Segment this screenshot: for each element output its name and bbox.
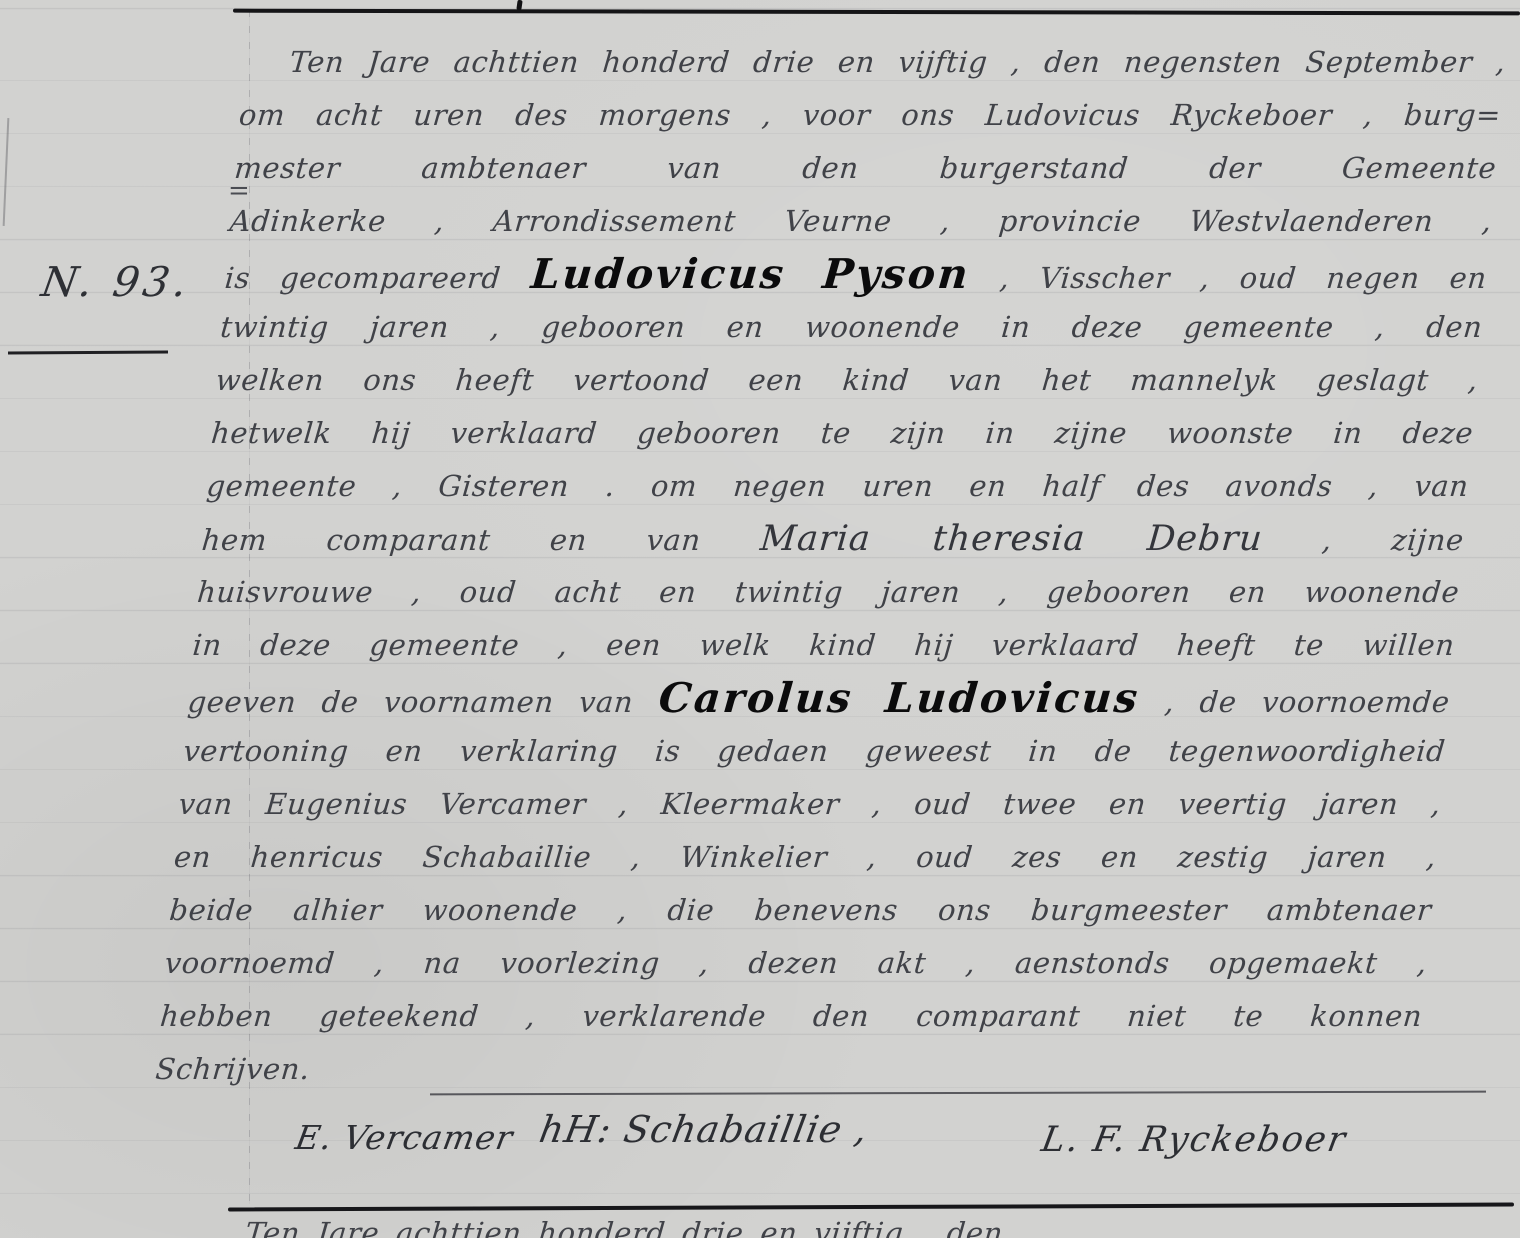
act-line-text: hetwelk hij verklaard gebooren te zijn i… <box>210 416 1475 450</box>
signature-witness-vercamer: E. Vercamer <box>293 1118 517 1157</box>
act-line-text: , zijne <box>1261 523 1465 557</box>
act-line-text: Ten Jare achttien honderd drie en vijfti… <box>288 45 1507 79</box>
birth-act-text: Ten Jare achttien honderd drie en vijfti… <box>153 36 1508 1096</box>
act-line: Schrijven. <box>153 1043 1420 1096</box>
act-line-text: van Eugenius Vercamer , Kleermaker , oud… <box>177 787 1442 821</box>
act-line: voornoemd , na voorlezing , dezen akt , … <box>163 937 1430 990</box>
act-line: in deze gemeente , een welk kind hij ver… <box>190 619 1457 672</box>
act-line-text: hem comparant en van <box>200 523 761 557</box>
act-line-text: voornoemd , na voorlezing , dezen akt , … <box>163 946 1428 980</box>
act-line-text: geeven de voornamen van <box>186 685 660 719</box>
act-line-text: , Visscher , oud negen en <box>968 261 1488 295</box>
act-line-text: , de voornoemde <box>1138 685 1451 719</box>
act-line: twintig jaren , gebooren en woonende in … <box>218 301 1485 354</box>
act-line: Adinkerke , Arrondissement Veurne , prov… <box>227 195 1494 248</box>
act-line-text: in deze gemeente , een welk kind hij ver… <box>191 628 1456 662</box>
act-line: hebben geteekend , verklarende den compa… <box>158 990 1425 1043</box>
act-line: welken ons heeft vertoond een kind van h… <box>214 354 1481 407</box>
act-line: Ten Jare achttien honderd drie en vijfti… <box>241 36 1508 89</box>
act-line: huisvrouwe , oud acht en twintig jaren ,… <box>195 566 1462 619</box>
left-edge-mark <box>3 118 10 226</box>
act-line-text: is gecompareerd <box>223 261 532 295</box>
act-line: vertooning en verklaring is gedaen gewee… <box>181 725 1448 778</box>
act-line-text: welken ons heeft vertoond een kind van h… <box>214 363 1479 397</box>
act-line-text: en henricus Schabaillie , Winkelier , ou… <box>173 840 1438 874</box>
act-line: is gecompareerd Ludovicus Pyson , Vissch… <box>223 248 1490 301</box>
act-line-text: gemeente , Gisteren . om negen uren en h… <box>205 469 1470 503</box>
next-act-preview: Ten Jare achttien honderd drie en vijfti… <box>245 1216 1509 1238</box>
act-line-text: twintig jaren , gebooren en woonende in … <box>219 310 1484 344</box>
act-line: hem comparant en van Maria theresia Debr… <box>200 513 1467 566</box>
act-line-text: om acht uren des morgens , voor ons Ludo… <box>238 98 1503 132</box>
act-number: N. 93. <box>38 258 194 306</box>
act-line: mester ambtenaer van den burgerstand der… <box>232 142 1499 195</box>
highlighted-name: Carolus Ludovicus <box>657 674 1142 722</box>
act-separator-rule-bottom <box>228 1203 1514 1212</box>
act-line: hetwelk hij verklaard gebooren te zijn i… <box>209 407 1476 460</box>
act-line-text: Schrijven. <box>154 1052 311 1086</box>
act-line: beide alhier woonende , die benevens ons… <box>167 884 1434 937</box>
highlighted-name: Ludovicus Pyson <box>529 250 972 298</box>
act-line: geeven de voornamen van Carolus Ludovicu… <box>186 672 1453 725</box>
signature-witness-schabaillie: hH: Schabaillie , <box>536 1108 871 1151</box>
act-separator-rule-top <box>233 9 1520 16</box>
act-line: gemeente , Gisteren . om negen uren en h… <box>204 460 1471 513</box>
act-number-underline <box>8 350 168 354</box>
signature-officer-ryckeboer: L. F. Ryckeboer <box>1038 1120 1350 1160</box>
act-line-text: mester ambtenaer van den burgerstand der… <box>233 151 1498 185</box>
act-line-text: hebben geteekend , verklarende den compa… <box>159 999 1424 1033</box>
civil-register-page-scan: N. 93. = Ten Jare achttien honderd drie … <box>0 0 1520 1238</box>
act-line-text: beide alhier woonende , die benevens ons… <box>168 893 1433 927</box>
emphasized-name: Maria theresia Debru <box>759 519 1265 559</box>
act-line: om acht uren des morgens , voor ons Ludo… <box>237 89 1504 142</box>
act-line-text: Adinkerke , Arrondissement Veurne , prov… <box>228 204 1493 238</box>
act-line-text: huisvrouwe , oud acht en twintig jaren ,… <box>196 575 1461 609</box>
act-line-text: vertooning en verklaring is gedaen gewee… <box>182 734 1447 768</box>
act-line: van Eugenius Vercamer , Kleermaker , oud… <box>176 778 1443 831</box>
act-line: en henricus Schabaillie , Winkelier , ou… <box>172 831 1439 884</box>
